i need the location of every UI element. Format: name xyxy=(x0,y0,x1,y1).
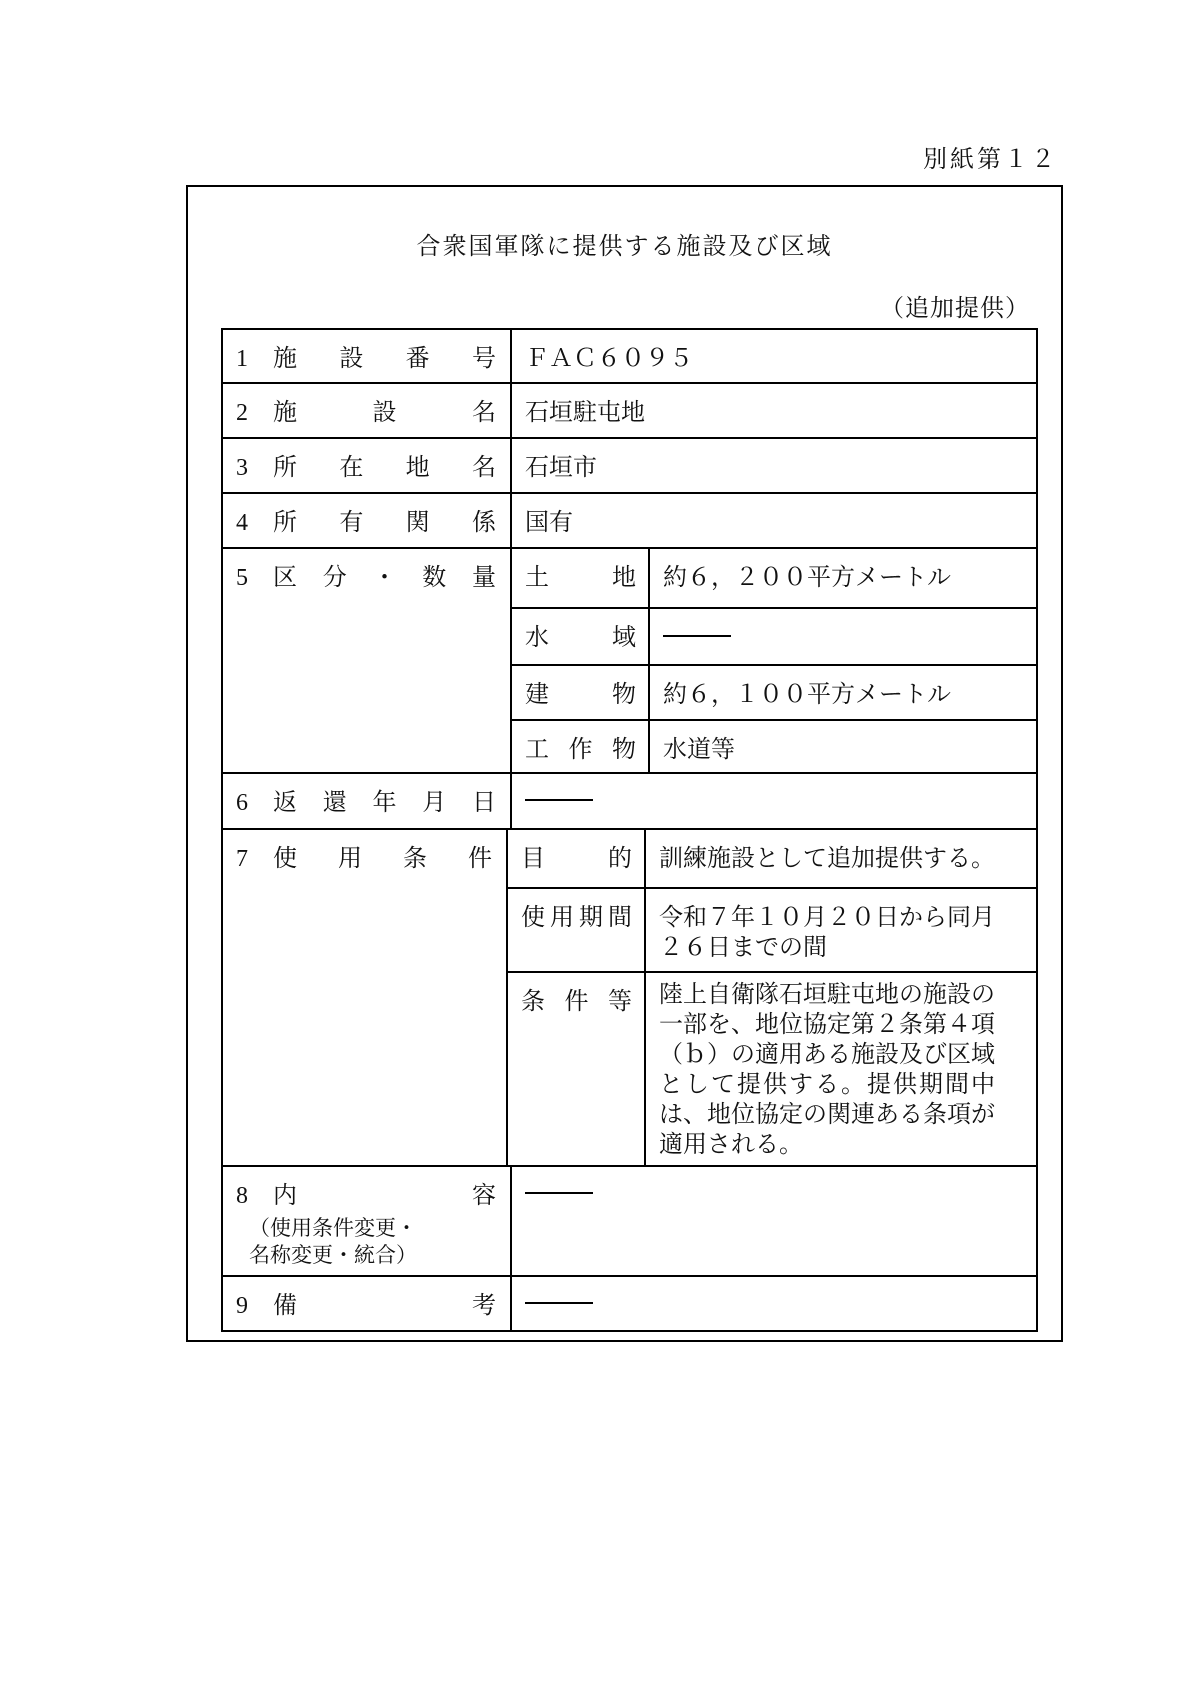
conditions-line-6: 適用される。 xyxy=(659,1130,995,1160)
return-date-value xyxy=(512,774,1036,801)
table-row-ownership: 4 所有関係 国有 xyxy=(223,492,1036,547)
row2-number: 2 xyxy=(236,398,273,428)
row7-sub-table: 目的 訓練施設として追加提供する。 使用期間 令和７年１０月２０日から同月 ２６… xyxy=(506,830,1036,1165)
facility-number-value: ＦＡＣ６０９５ xyxy=(512,330,1036,374)
row8-label-cell: 8 内容 （使用条件変更・ 名称変更・統合） xyxy=(223,1167,510,1275)
remarks-value xyxy=(512,1277,1036,1304)
row4-number: 4 xyxy=(236,508,273,538)
row3-number: 3 xyxy=(236,453,273,483)
row6-value-cell xyxy=(510,774,1036,828)
structures-label: 工作物 xyxy=(525,735,636,765)
table-row-facility-name: 2 施設名 石垣駐屯地 xyxy=(223,382,1036,437)
row5-number: 5 xyxy=(236,563,273,593)
subrow-land: 土地 約６，２００平方メートル xyxy=(512,549,1036,607)
row9-label-cell: 9 備考 xyxy=(223,1277,510,1330)
row6-label: 返還年月日 xyxy=(273,788,496,818)
row9-label: 備考 xyxy=(273,1291,496,1321)
row8-number: 8 xyxy=(236,1181,273,1211)
water-area-label: 水域 xyxy=(525,623,636,653)
use-period-line-2: ２６日までの間 xyxy=(659,933,995,963)
subrow-conditions: 条件等 陸上自衛隊石垣駐屯地の施設の 一部を、地位協定第２条第４項 （ｂ）の適用… xyxy=(508,971,1036,1167)
purpose-label: 目的 xyxy=(521,844,632,874)
subrow-building: 建物 約６，１００平方メートル xyxy=(512,664,1036,719)
blank-dash xyxy=(525,1192,593,1194)
table-row-return-date: 6 返還年月日 xyxy=(223,772,1036,828)
row4-value-cell: 国有 xyxy=(510,494,1036,547)
use-period-line-1: 令和７年１０月２０日から同月 xyxy=(659,903,995,933)
conditions-label: 条件等 xyxy=(521,987,632,1017)
use-period-value: 令和７年１０月２０日から同月 ２６日までの間 xyxy=(646,889,1036,971)
row1-label-cell: 1 施設番号 xyxy=(223,330,510,382)
blank-dash xyxy=(525,1302,593,1304)
row5-sub-table: 土地 約６，２００平方メートル 水域 建物 約６，１００平方メートル 工作物 水… xyxy=(510,549,1036,772)
row8-value-cell xyxy=(510,1167,1036,1275)
row2-label: 施設名 xyxy=(273,398,496,428)
conditions-line-2: 一部を、地位協定第２条第４項 xyxy=(659,1010,995,1040)
facilities-table: 1 施設番号 ＦＡＣ６０９５ 2 施設名 石垣駐屯地 xyxy=(221,328,1038,1332)
row7-number: 7 xyxy=(236,844,273,874)
location-name-value: 石垣市 xyxy=(512,439,1036,483)
ownership-value: 国有 xyxy=(512,494,1036,538)
contents-note-line-1: （使用条件変更・ xyxy=(249,1215,496,1242)
additional-provision-note: （追加提供） xyxy=(880,288,1030,323)
attachment-number-label: 別紙第１２ xyxy=(923,139,1058,174)
table-row-use-conditions: 7 使用条件 目的 訓練施設として追加提供する。 使用期間 令和７年１０月２０日… xyxy=(223,828,1036,1165)
table-row-category-quantity: 5 区分・数量 土地 約６，２００平方メートル 水域 建物 約６，１００平方メー… xyxy=(223,547,1036,772)
row2-value-cell: 石垣駐屯地 xyxy=(510,384,1036,437)
row6-label-cell: 6 返還年月日 xyxy=(223,774,510,828)
row9-value-cell xyxy=(510,1277,1036,1330)
row1-label: 施設番号 xyxy=(273,344,496,374)
subrow-water-area: 水域 xyxy=(512,607,1036,664)
water-area-value xyxy=(650,609,1036,664)
subrow-purpose: 目的 訓練施設として追加提供する。 xyxy=(508,830,1036,887)
table-row-facility-number: 1 施設番号 ＦＡＣ６０９５ xyxy=(223,330,1036,382)
structures-value: 水道等 xyxy=(650,721,1036,774)
row3-value-cell: 石垣市 xyxy=(510,439,1036,492)
building-value: 約６，１００平方メートル xyxy=(650,666,1036,719)
conditions-line-4: として提供する。提供期間中 xyxy=(659,1070,995,1100)
row3-label-cell: 3 所在地名 xyxy=(223,439,510,492)
row2-label-cell: 2 施設名 xyxy=(223,384,510,437)
blank-dash xyxy=(663,635,731,637)
table-row-remarks: 9 備考 xyxy=(223,1275,1036,1330)
table-row-contents: 8 内容 （使用条件変更・ 名称変更・統合） xyxy=(223,1165,1036,1275)
use-period-label: 使用期間 xyxy=(521,903,632,933)
document-page: { "page": { "corner_label": "別紙第１２", "ti… xyxy=(0,0,1190,1683)
conditions-line-1: 陸上自衛隊石垣駐屯地の施設の xyxy=(659,980,995,1010)
row4-label-cell: 4 所有関係 xyxy=(223,494,510,547)
subrow-structures: 工作物 水道等 xyxy=(512,719,1036,774)
building-label: 建物 xyxy=(525,680,636,710)
row3-label: 所在地名 xyxy=(273,453,496,483)
row1-value-cell: ＦＡＣ６０９５ xyxy=(510,330,1036,382)
row4-label: 所有関係 xyxy=(273,508,496,538)
document-frame: 合衆国軍隊に提供する施設及び区域 （追加提供） 1 施設番号 ＦＡＣ６０９５ 2… xyxy=(186,185,1063,1342)
blank-dash xyxy=(525,799,593,801)
row5-label-cell: 5 区分・数量 xyxy=(223,549,510,772)
contents-value xyxy=(512,1167,1036,1194)
conditions-line-3: （ｂ）の適用ある施設及び区域 xyxy=(659,1040,995,1070)
row7-label-cell: 7 使用条件 xyxy=(223,830,506,1165)
land-value: 約６，２００平方メートル xyxy=(650,549,1036,607)
conditions-line-5: は、地位協定の関連ある条項が xyxy=(659,1100,995,1130)
row8-label: 内容 xyxy=(273,1181,496,1211)
row9-number: 9 xyxy=(236,1291,273,1321)
land-label: 土地 xyxy=(525,563,636,593)
row1-number: 1 xyxy=(236,344,273,374)
row6-number: 6 xyxy=(236,788,273,818)
document-title: 合衆国軍隊に提供する施設及び区域 xyxy=(188,226,1061,261)
row5-label: 区分・数量 xyxy=(273,563,496,593)
row7-label: 使用条件 xyxy=(273,844,492,874)
table-row-location-name: 3 所在地名 石垣市 xyxy=(223,437,1036,492)
purpose-value: 訓練施設として追加提供する。 xyxy=(646,830,1036,887)
subrow-use-period: 使用期間 令和７年１０月２０日から同月 ２６日までの間 xyxy=(508,887,1036,971)
conditions-value: 陸上自衛隊石垣駐屯地の施設の 一部を、地位協定第２条第４項 （ｂ）の適用ある施設… xyxy=(646,973,1036,1167)
contents-note-line-2: 名称変更・統合） xyxy=(249,1242,496,1269)
facility-name-value: 石垣駐屯地 xyxy=(512,384,1036,428)
